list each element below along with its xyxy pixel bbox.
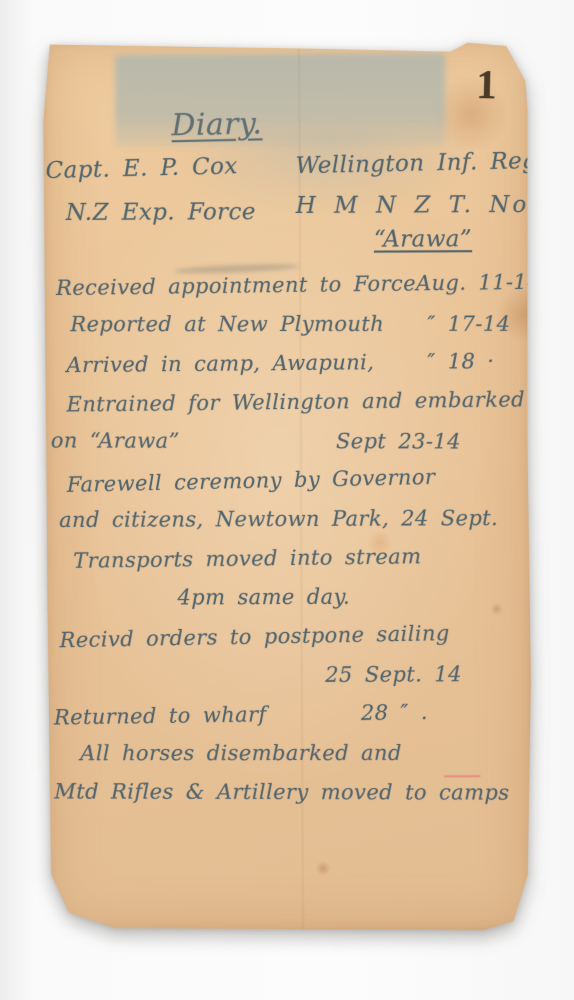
entry-text: Returned to wharf <box>54 702 267 729</box>
entry-text: Reported at New Plymouth <box>70 312 384 336</box>
diary-entry-line: Farewell ceremony by Governor <box>57 463 520 512</box>
entry-date: 28 ″ . <box>361 700 428 725</box>
entry-date: ″ 18 · <box>427 349 518 374</box>
scan-backdrop: 1 Diary. Capt. E. P. Cox N.Z Exp. Force … <box>0 0 574 1000</box>
header-author-name: Capt. E. P. Cox <box>45 153 238 184</box>
diary-page: 1 Diary. Capt. E. P. Cox N.Z Exp. Force … <box>43 38 532 932</box>
entry-text: on “Arawa” <box>51 428 180 452</box>
entry-date: ″ 17-14 <box>427 312 518 336</box>
diary-entry-line: Received appointment to Force Aug. 11-14 <box>56 270 518 315</box>
entry-text: Farewell ceremony by Governor <box>67 465 436 497</box>
entry-text: 4pm same day. <box>177 585 350 610</box>
diary-title: Diary. <box>171 106 263 143</box>
diary-entry-line: and citizens, Newtown Park, 24 Sept. <box>57 506 519 547</box>
entry-text: 25 Sept. 14 <box>325 662 462 687</box>
entry-text: Mtd Rifles & Artillery moved to camps <box>54 779 509 804</box>
diary-entry-line: Recivd orders to postpone sailing <box>57 620 520 667</box>
diary-entry-line: All horses disembarked and <box>58 741 520 780</box>
header-force: N.Z Exp. Force <box>66 199 256 226</box>
diary-entry-line: Arrived in camp, Awapuni, ″ 18 · <box>56 349 518 392</box>
entry-date: Aug. 11-14 <box>416 270 541 296</box>
diary-entry-line: Returned to wharf 28 ″ . <box>54 699 521 745</box>
entry-text: Entrained for Wellington and embarked <box>66 387 525 416</box>
header-regiment: Wellington Inf. Reg't <box>295 148 554 180</box>
entry-date: Sept 23-14 <box>336 429 461 453</box>
entry-text: Received appointment to Force <box>56 271 416 300</box>
entry-text: Recivd orders to postpone sailing <box>59 621 450 652</box>
header-ship-name: “Arawa” <box>374 226 472 252</box>
entry-text: All horses disembarked and <box>80 741 402 765</box>
diary-page-wrapper: 1 Diary. Capt. E. P. Cox N.Z Exp. Force … <box>43 38 532 932</box>
diary-entry-line: Reported at New Plymouth ″ 17-14 <box>56 312 518 351</box>
diary-entry-line: Entrained for Wellington and embarked <box>56 387 518 431</box>
diary-entries-list: Received appointment to Force Aug. 11-14… <box>56 272 520 820</box>
diary-entry-line: Mtd Rifles & Artillery moved to camps <box>54 779 520 819</box>
entry-text: Arrived in camp, Awapuni, <box>66 350 374 377</box>
diary-entry-line: 4pm same day. <box>57 584 519 625</box>
entry-text: Transports moved into stream <box>73 544 421 573</box>
diary-entry-line: 25 Sept. 14 <box>58 662 520 703</box>
diary-entry-line: Transports moved into stream <box>57 543 519 588</box>
page-number-stamp: 1 <box>476 60 498 108</box>
header-transport: H M N Z T. No 10 <box>296 192 574 219</box>
diary-entry-line: on “Arawa” Sept 23-14 <box>51 428 519 468</box>
